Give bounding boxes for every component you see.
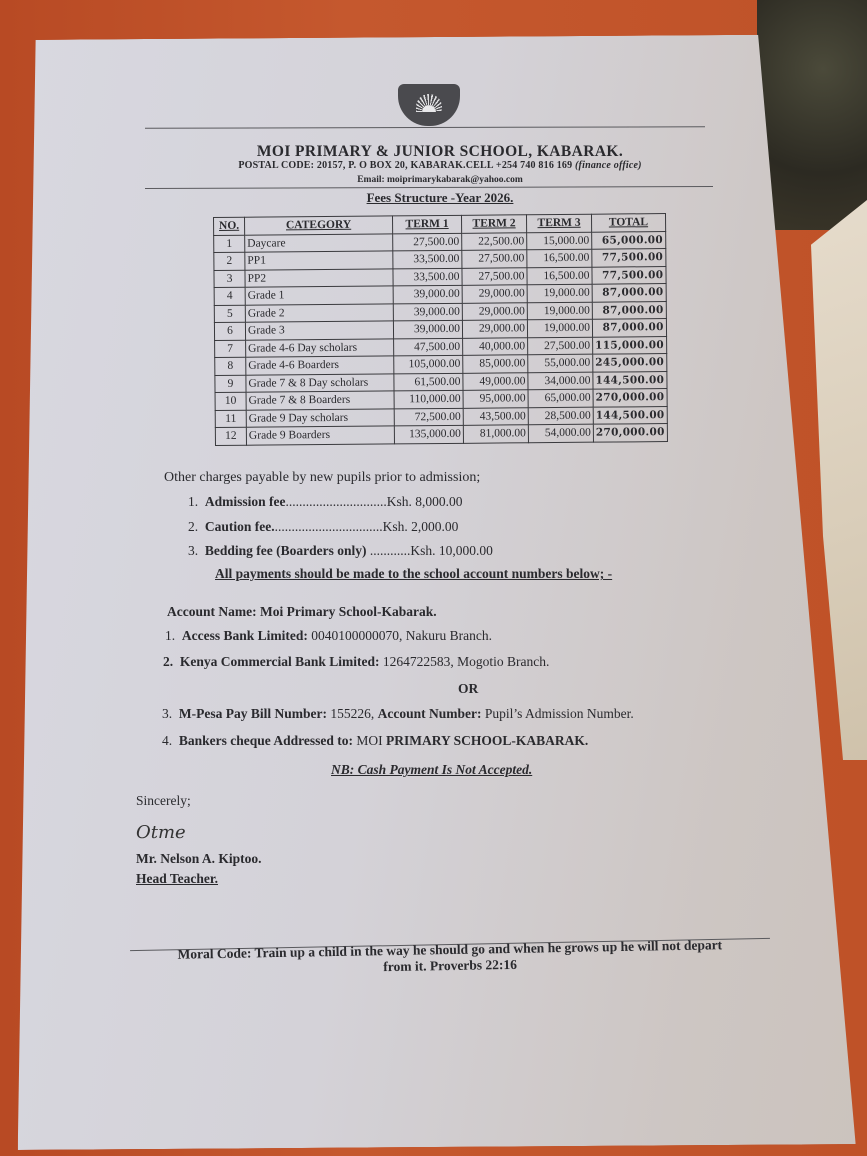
signatory-name: Mr. Nelson A. Kiptoo.	[136, 851, 262, 867]
signatory-title: Head Teacher.	[136, 871, 218, 887]
row-term2: 81,000.00	[463, 425, 528, 443]
account-name: Account Name: Moi Primary School-Kabarak…	[167, 604, 437, 620]
col-category: CATEGORY	[245, 216, 393, 235]
row-term2: 95,000.00	[463, 390, 528, 408]
row-no: 9	[215, 375, 246, 393]
row-term3: 16,500.00	[527, 249, 592, 267]
charge-item: 3. Bedding fee (Boarders only) .........…	[188, 543, 493, 559]
row-term2: 85,000.00	[463, 355, 528, 373]
row-category: PP2	[245, 268, 393, 287]
or-separator: OR	[458, 681, 478, 697]
bank-account-item: 2. Kenya Commercial Bank Limited: 126472…	[163, 654, 549, 670]
row-term2: 49,000.00	[463, 372, 528, 390]
row-no: 1	[214, 235, 245, 253]
bank-account-item: 1. Access Bank Limited: 0040100000070, N…	[165, 628, 492, 644]
row-no: 5	[214, 305, 245, 323]
row-term3: 54,000.00	[528, 424, 593, 442]
row-total: 87,000.00	[592, 284, 666, 302]
row-term3: 19,000.00	[527, 319, 592, 337]
row-total: 245,000.00	[593, 354, 667, 372]
row-term1: 72,500.00	[394, 408, 463, 426]
row-term1: 110,000.00	[394, 390, 463, 408]
row-no: 12	[215, 427, 246, 445]
payment-method-item: 3. M-Pesa Pay Bill Number: 155226, Accou…	[162, 706, 634, 722]
col-term3: TERM 3	[526, 214, 591, 232]
school-email: Email: moiprimarykabarak@yahoo.com	[150, 175, 730, 185]
row-no: 3	[214, 270, 245, 288]
cash-not-accepted-note: NB: Cash Payment Is Not Accepted.	[331, 762, 532, 778]
row-category: Grade 7 & 8 Day scholars	[246, 373, 394, 392]
row-term3: 16,500.00	[527, 267, 592, 285]
row-term3: 28,500.00	[528, 407, 593, 425]
postal-address: POSTAL CODE: 20157, P. O BOX 20, KABARAK…	[150, 160, 730, 171]
row-term1: 135,000.00	[394, 425, 463, 443]
row-term1: 47,500.00	[394, 338, 463, 356]
row-term1: 27,500.00	[393, 233, 462, 251]
other-charges-intro: Other charges payable by new pupils prio…	[164, 470, 480, 486]
row-term1: 39,000.00	[393, 320, 462, 338]
header-divider-bottom	[145, 186, 713, 189]
row-term2: 27,500.00	[462, 250, 527, 268]
fees-document: MOI PRIMARY & JUNIOR SCHOOL, KABARAK. PO…	[0, 0, 867, 1156]
row-no: 6	[214, 322, 245, 340]
row-no: 4	[214, 287, 245, 305]
col-term2: TERM 2	[461, 215, 526, 233]
row-no: 7	[215, 340, 246, 358]
row-term3: 15,000.00	[527, 232, 592, 250]
moral-code: Moral Code: Train up a child in the way …	[140, 937, 760, 980]
row-term1: 33,500.00	[393, 268, 462, 286]
row-term2: 29,000.00	[462, 320, 527, 338]
row-term3: 19,000.00	[527, 302, 592, 320]
row-term1: 39,000.00	[393, 303, 462, 321]
col-no: NO.	[214, 217, 245, 235]
sincerely: Sincerely;	[136, 793, 191, 809]
row-term3: 34,000.00	[528, 372, 593, 390]
row-total: 270,000.00	[593, 389, 667, 407]
row-category: Grade 2	[245, 303, 393, 322]
header-divider-top	[145, 126, 705, 128]
row-category: Daycare	[245, 233, 393, 252]
row-no: 10	[215, 392, 246, 410]
row-total: 115,000.00	[593, 336, 667, 354]
row-total: 144,500.00	[593, 371, 667, 389]
row-term2: 40,000.00	[463, 337, 528, 355]
school-crest-icon	[398, 84, 460, 126]
row-total: 77,500.00	[592, 249, 666, 267]
row-category: Grade 1	[245, 286, 393, 305]
row-term2: 22,500.00	[462, 232, 527, 250]
fees-structure-title: Fees Structure -Year 2026.	[150, 190, 730, 206]
row-no: 11	[215, 410, 246, 428]
row-term1: 33,500.00	[393, 250, 462, 268]
charge-item: 2. Caution fee..........................…	[188, 519, 458, 535]
row-term2: 43,500.00	[463, 407, 528, 425]
row-category: Grade 4-6 Boarders	[246, 356, 394, 375]
row-term3: 19,000.00	[527, 284, 592, 302]
payment-note: All payments should be made to the schoo…	[215, 566, 612, 582]
row-term1: 61,500.00	[394, 373, 463, 391]
school-name: MOI PRIMARY & JUNIOR SCHOOL, KABARAK.	[150, 143, 730, 161]
charge-item: 1. Admission fee........................…	[188, 494, 463, 510]
row-total: 270,000.00	[593, 424, 667, 442]
row-term2: 27,500.00	[462, 267, 527, 285]
row-category: Grade 9 Boarders	[246, 426, 394, 445]
signature: Otme	[136, 822, 186, 843]
payment-method-item: 4. Bankers cheque Addressed to: MOI PRIM…	[162, 733, 588, 749]
col-term1: TERM 1	[392, 215, 461, 233]
row-category: Grade 3	[245, 321, 393, 340]
row-no: 8	[215, 357, 246, 375]
row-term1: 105,000.00	[394, 355, 463, 373]
row-total: 144,500.00	[593, 406, 667, 424]
row-term3: 27,500.00	[528, 337, 593, 355]
col-total: TOTAL	[591, 214, 665, 232]
fees-table: NO. CATEGORY TERM 1 TERM 2 TERM 3 TOTAL …	[213, 213, 668, 445]
row-category: Grade 4-6 Day scholars	[246, 338, 394, 357]
row-total: 77,500.00	[592, 266, 666, 284]
row-total: 87,000.00	[592, 319, 666, 337]
fees-table-row: 12Grade 9 Boarders135,000.0081,000.0054,…	[215, 424, 667, 445]
row-term1: 39,000.00	[393, 285, 462, 303]
row-term3: 55,000.00	[528, 354, 593, 372]
row-category: PP1	[245, 251, 393, 270]
row-term2: 29,000.00	[462, 302, 527, 320]
row-total: 87,000.00	[592, 301, 666, 319]
row-category: Grade 7 & 8 Boarders	[246, 391, 394, 410]
row-no: 2	[214, 252, 245, 270]
row-category: Grade 9 Day scholars	[246, 408, 394, 427]
row-term3: 65,000.00	[528, 389, 593, 407]
row-term2: 29,000.00	[462, 285, 527, 303]
row-total: 65,000.00	[592, 231, 666, 249]
